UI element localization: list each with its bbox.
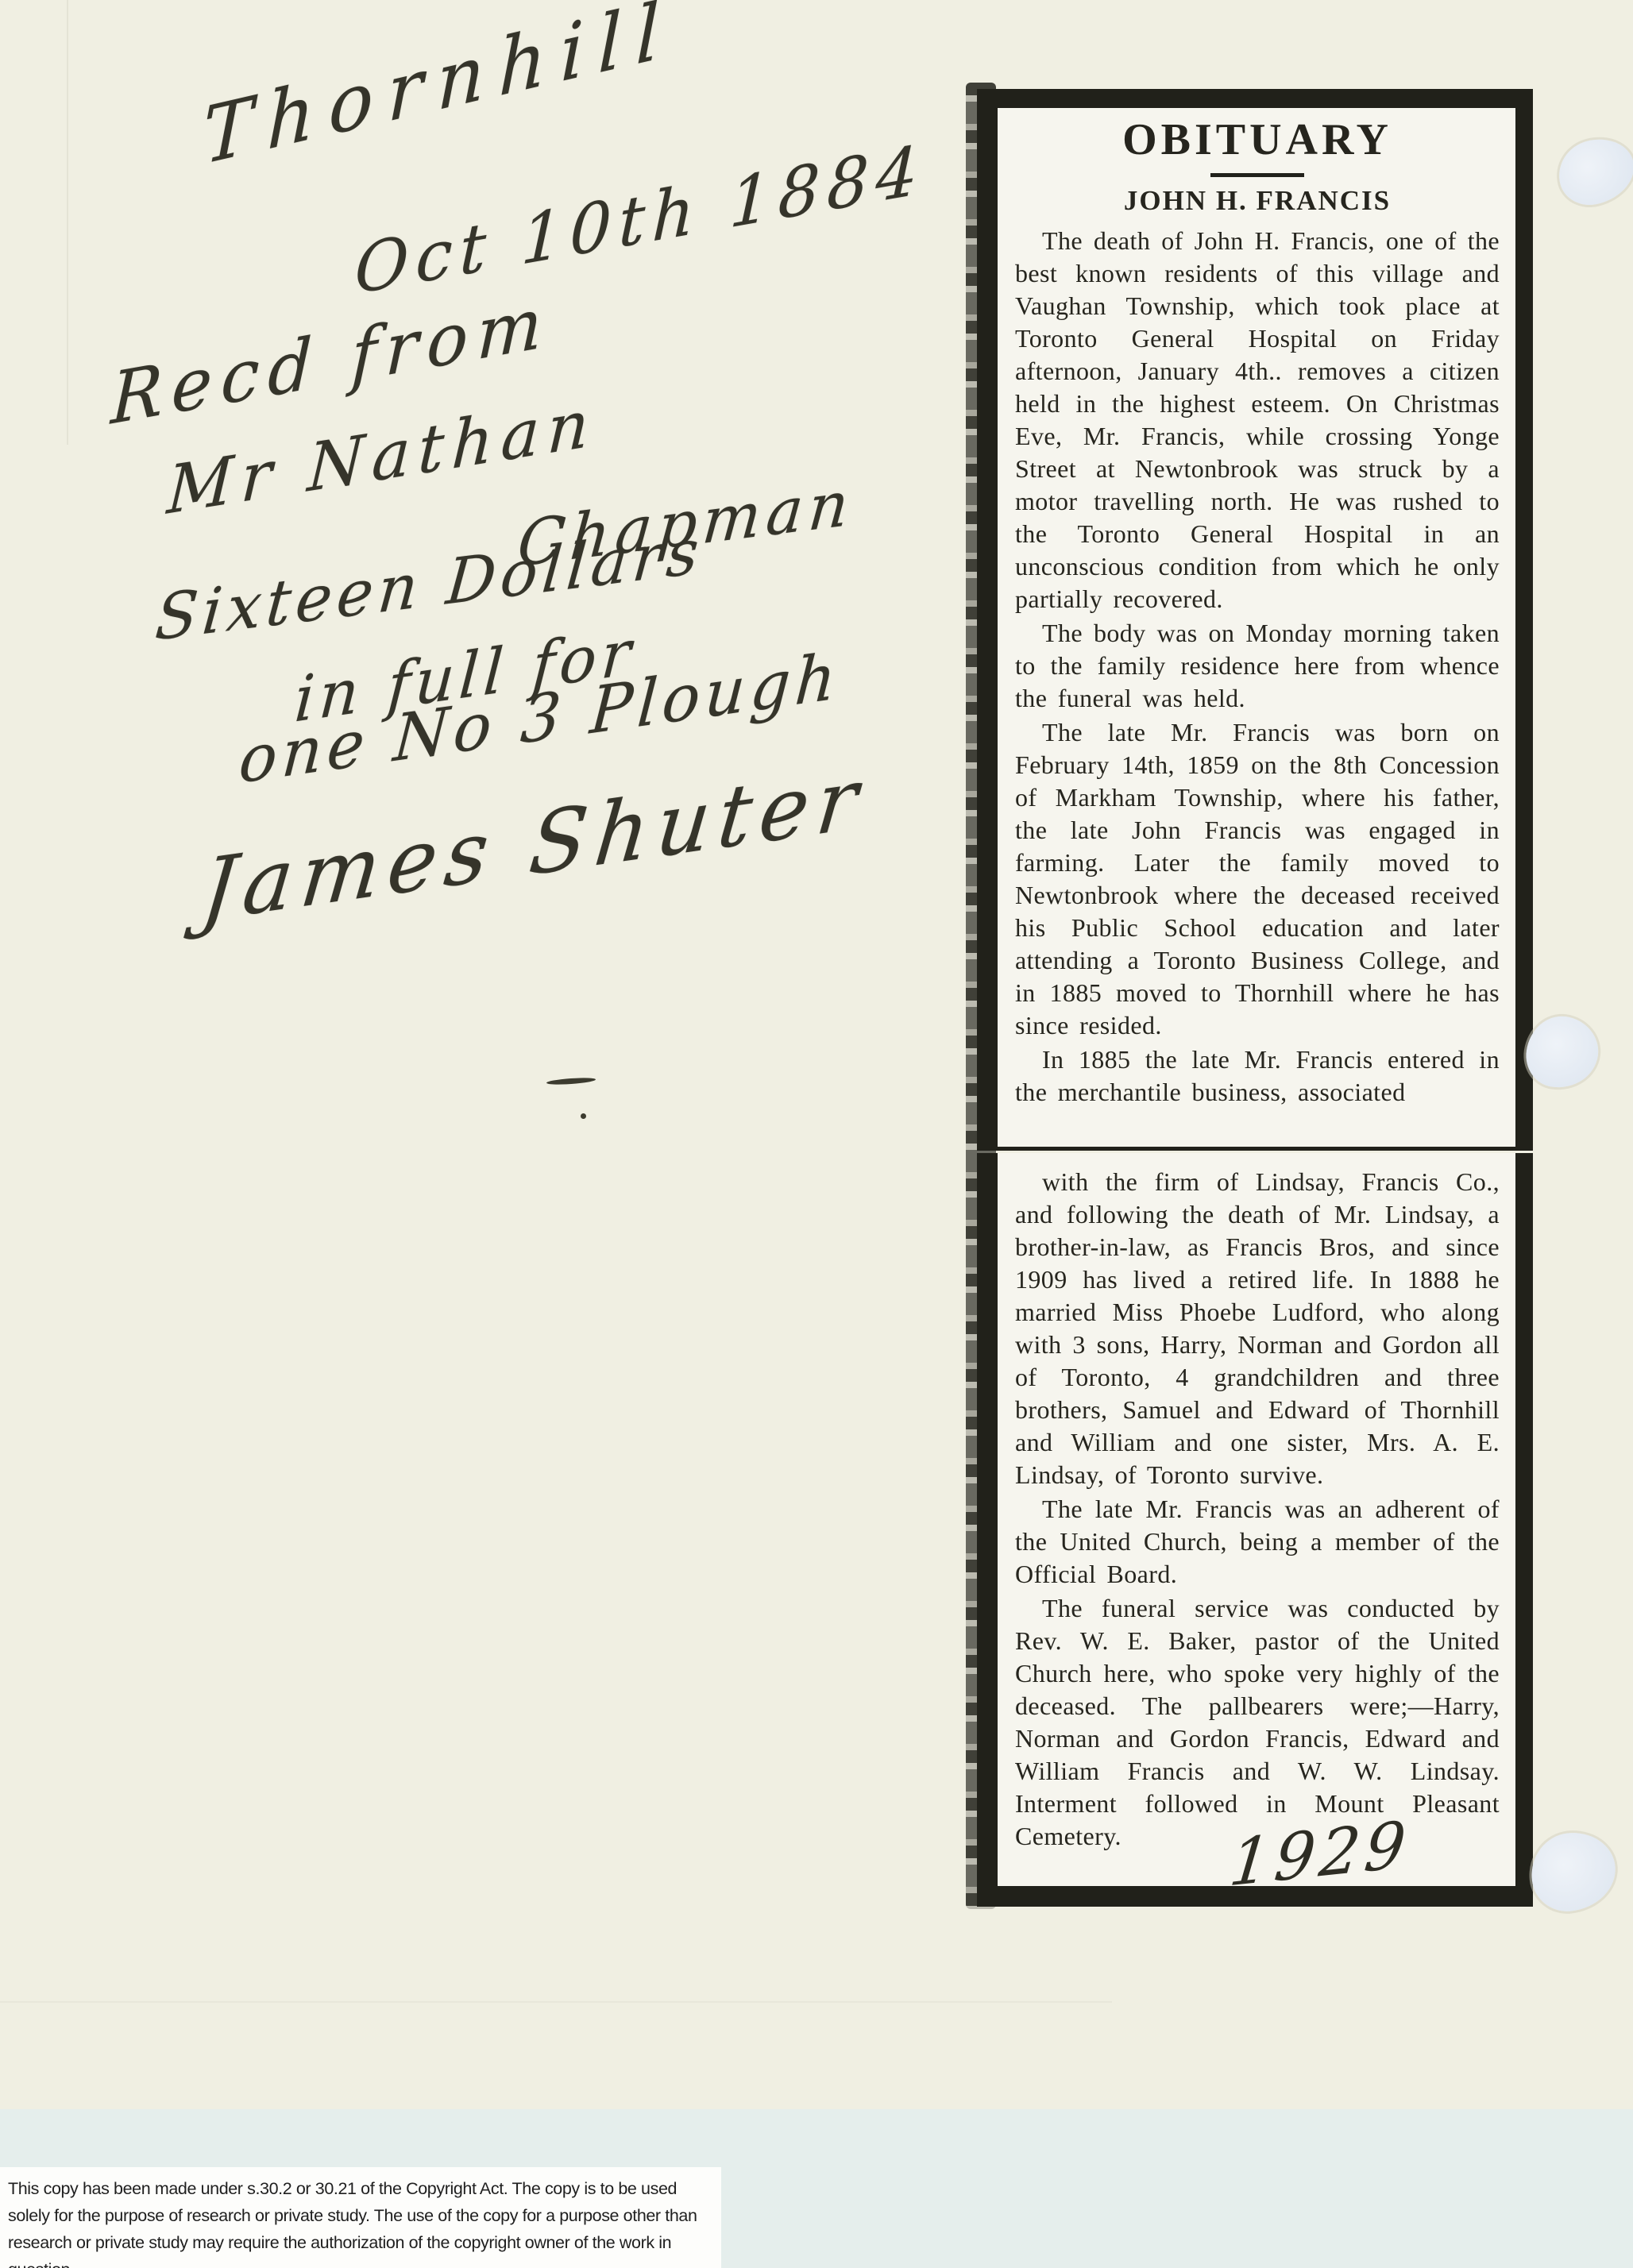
scanned-page: Thornhill Oct 10th 1884 Recd from Mr Nat…	[0, 0, 1633, 2268]
ink-speck	[581, 1113, 586, 1119]
obituary-paragraph: The late Mr. Francis was an adherent of …	[1015, 1493, 1500, 1591]
glue-blob	[1522, 1012, 1603, 1093]
glue-blob	[1552, 132, 1633, 212]
paper-crease-vertical	[67, 0, 68, 445]
obituary-paragraph: In 1885 the late Mr. Francis entered in …	[1015, 1043, 1500, 1109]
glue-blob	[1527, 1829, 1619, 1915]
obituary-paragraph: The late Mr. Francis was born on Februar…	[1015, 716, 1500, 1042]
handwriting-line-date: Oct 10th 1884	[353, 129, 926, 310]
ink-smudge	[546, 1077, 596, 1086]
obituary-paragraph: The body was on Monday morning taken to …	[1015, 617, 1500, 715]
obituary-paragraph: with the firm of Lindsay, Francis Co., a…	[1015, 1166, 1500, 1491]
obituary-subject-name: JOHN H. FRANCIS	[1015, 185, 1500, 217]
copyright-notice: This copy has been made under s.30.2 or …	[0, 2167, 721, 2268]
obituary-clipping-top-piece: OBITUARY JOHN H. FRANCIS The death of Jo…	[977, 89, 1533, 1151]
title-divider	[1210, 173, 1304, 177]
paper-crease-horizontal	[0, 2001, 1112, 2003]
obituary-clipping-bottom-piece: with the firm of Lindsay, Francis Co., a…	[977, 1153, 1533, 1907]
handwriting-line-place: Thornhill	[203, 0, 674, 183]
obituary-paragraph: The death of John H. Francis, one of the…	[1015, 225, 1500, 615]
obituary-title: OBITUARY	[1015, 114, 1500, 165]
obituary-paragraph: The funeral service was conducted by Rev…	[1015, 1592, 1500, 1853]
